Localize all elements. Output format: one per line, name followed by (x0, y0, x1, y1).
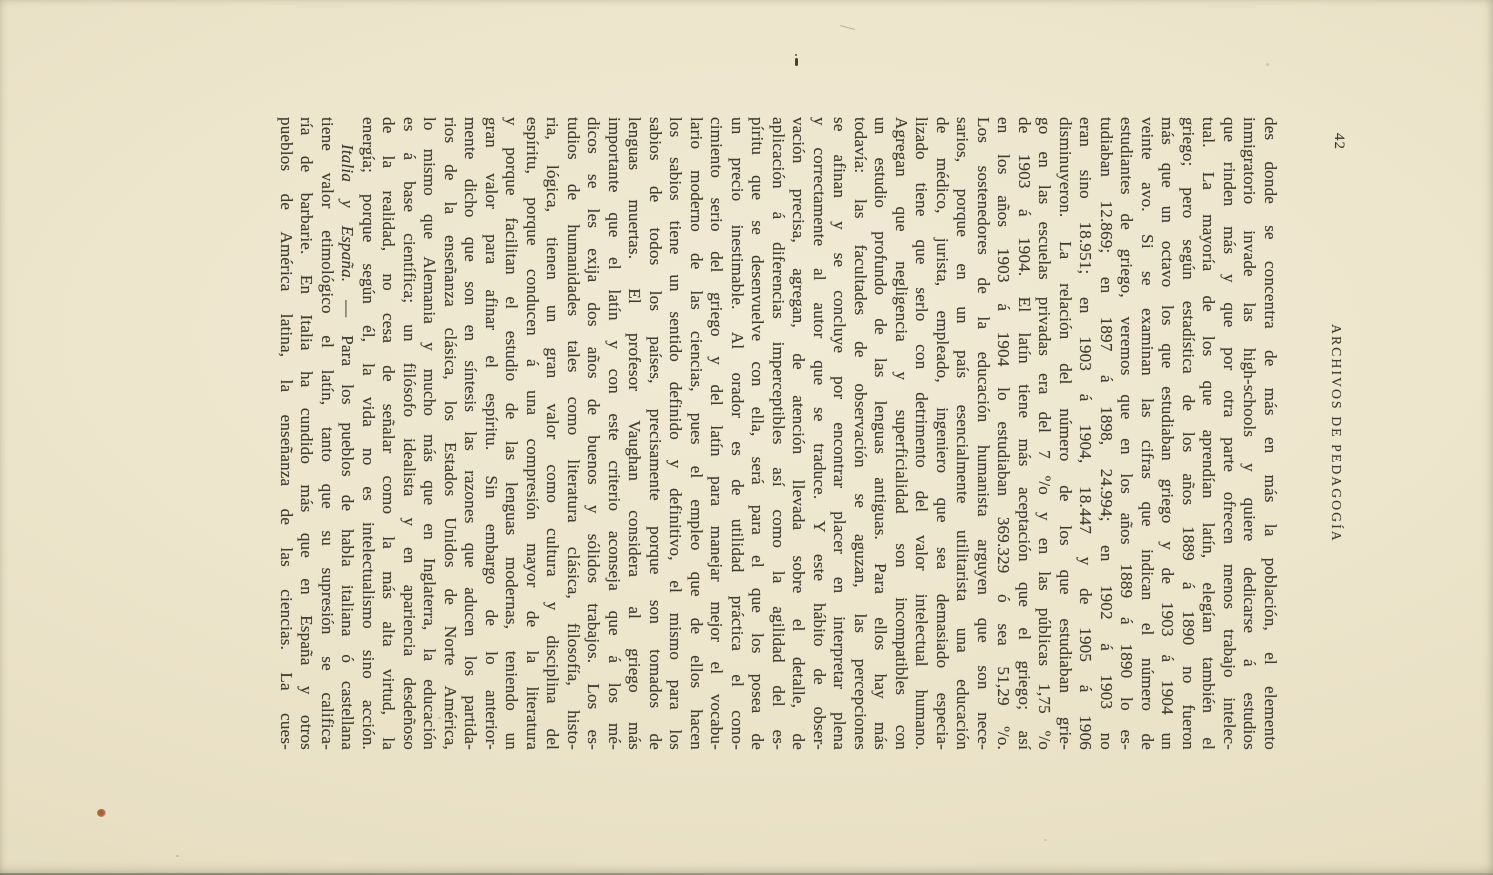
text-line: un estudio profundo de las lenguas antig… (870, 117, 891, 750)
text-line: ria, lógica, tienen un gran valor como c… (542, 117, 563, 750)
text-line: veinte avo. Si se examinan las cifras qu… (1137, 117, 1158, 750)
text-line: pueblos de América latina, la enseñanza … (276, 117, 297, 750)
text-line: que rinden más y que por otra parte ofre… (1219, 117, 1240, 750)
paper-fleck (438, 717, 441, 719)
text-line: de 1903 á 1904. El latín tiene más acept… (1014, 117, 1035, 750)
text-line: se afinan y se concluye por encontrar pl… (829, 117, 850, 750)
text-line: tudios de humanidades tales como literat… (563, 117, 584, 750)
text-line: inmigratorio invade las high-schools y q… (1239, 117, 1260, 750)
text-line: aplicación á diferencias imperceptibles … (768, 117, 789, 750)
text-line: estudiantes de griego, veremos que en lo… (1116, 117, 1137, 750)
text-line: un precio inestimable. Al orador es de u… (727, 117, 748, 750)
text-line: go en las escuelas privadas era del 7 º/… (1034, 117, 1055, 750)
text-line: disminuyeron. La relación del número de … (1055, 117, 1076, 750)
text-line: Agregan que negligencia y superficialida… (891, 117, 912, 750)
text-line: píritu que se desenvuelve con ella, será… (747, 117, 768, 750)
text-line: y correctamente al autor que se traduce.… (809, 117, 830, 750)
text-line: sabios de todos los países, precisamente… (645, 117, 666, 750)
body-text: des donde se concentra de más en más la … (276, 117, 1281, 750)
text-line: eran sino 18.951; en 1903 á 1904, 18.447… (1075, 117, 1096, 750)
text-line: Los sostenedores de la educación humanis… (973, 117, 994, 750)
text-line: más que un octavo los que estudiaban gri… (1157, 117, 1178, 750)
paper-fleck (1044, 839, 1047, 841)
text-line: de médico, jurista, empleado, ingeniero … (932, 117, 953, 750)
text-line: lizado tiene que serlo con detrimento de… (911, 117, 932, 750)
text-line: los sabios tiene un sentido definido y d… (665, 117, 686, 750)
text-line: energía; porque según él, la vida no es … (358, 117, 379, 750)
text-line: ría de barbarie. En Italia ha cundido má… (296, 117, 317, 750)
text-line: vación precisa, agregan, de atención lle… (788, 117, 809, 750)
text-line: todavía: las facultades de observación s… (850, 117, 871, 750)
text-line: dicos se les exija dos años de buenos y … (583, 117, 604, 750)
text-line: espíritu, porque conducen á una compresi… (522, 117, 543, 750)
text-line: lario moderno de las ciencias, pues el e… (686, 117, 707, 750)
text-line: mente dicho que son en síntesis las razo… (460, 117, 481, 750)
running-header: ARCHIVOS DE PEDAGOGÍA (1328, 117, 1344, 750)
paper-fleck (176, 855, 179, 857)
paper-stain (97, 809, 106, 817)
text-line: rios de la enseñanza clásica, los Estado… (440, 117, 461, 750)
text-line: Italia y España. — Para los pueblos de h… (337, 117, 358, 750)
text-line: gran valor para afinar el espíritu. Sin … (481, 117, 502, 750)
ink-speck (795, 58, 798, 66)
text-line: tiene valor etimológico el latín, tanto … (317, 117, 338, 750)
text-line: tual. La mayoría de los que aprendían la… (1198, 117, 1219, 750)
text-line: sarios, porque en un país esencialmente … (952, 117, 973, 750)
text-line: lo mismo que Alemania y mucho más que en… (419, 117, 440, 750)
paper-fleck (1266, 63, 1269, 66)
text-line: de la realidad, no cesa de señalar como … (378, 117, 399, 750)
text-line: y porque facilitan el estudio de las len… (501, 117, 522, 750)
text-line: en los años 1903 á 1904 lo estudiaban 36… (993, 117, 1014, 750)
text-line: lenguas muertas. El profesor Vaughan con… (624, 117, 645, 750)
text-line: griego; pero según estadística de los añ… (1178, 117, 1199, 750)
text-line: es á base científica; un filósofo ideali… (399, 117, 420, 750)
text-line: tudiaban 12.869; en 1897 á 1898, 24.994;… (1096, 117, 1117, 750)
text-line: importante que el latín y con este crite… (604, 117, 625, 750)
text-line: cimiento serio del griego y del latín pa… (706, 117, 727, 750)
paragraph-lead-italic: Italia y España. (339, 144, 358, 282)
text-line: des donde se concentra de más en más la … (1260, 117, 1281, 750)
scanned-book-page: 42 ARCHIVOS DE PEDAGOGÍA des donde se co… (0, 0, 1493, 875)
book-page-rotated: 42 ARCHIVOS DE PEDAGOGÍA des donde se co… (0, 0, 1493, 875)
